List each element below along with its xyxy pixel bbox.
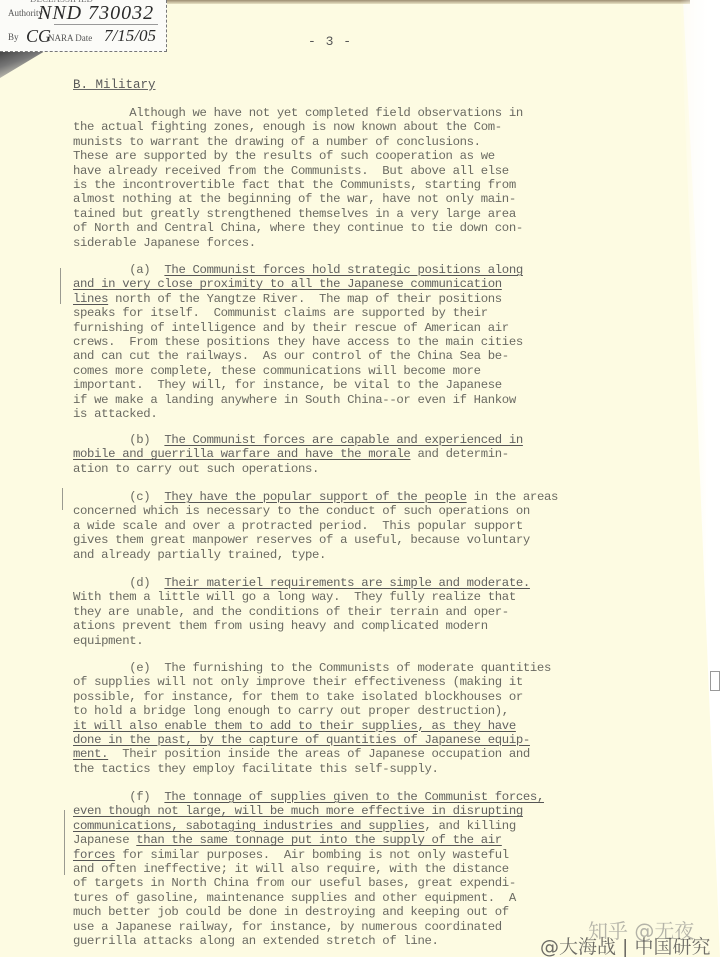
paragraph-text: north of the Yangtze River. The map of t…: [73, 292, 523, 421]
by-label: By: [8, 32, 19, 42]
nara-date-label: NARA Date: [48, 33, 92, 43]
paragraph-text: With them a little will go a long way. T…: [73, 590, 516, 647]
paragraph-c: (c) They have the popular support of the…: [73, 490, 633, 562]
paragraph-e: (e) The furnishing to the Communists of …: [73, 661, 633, 776]
item-marker: (a): [73, 263, 164, 277]
item-marker: (d): [73, 576, 164, 590]
date-value: 7/15/05: [104, 26, 156, 46]
item-marker: (b): [73, 433, 164, 447]
item-marker: (f): [73, 790, 164, 804]
weibo-watermark: @大海战 | 中国研究: [540, 932, 710, 957]
authority-value: NND 730032: [38, 2, 154, 25]
margin-mark: [62, 488, 63, 510]
authority-underline: [54, 24, 158, 25]
paragraph-a: (a) The Communist forces hold strategic …: [73, 263, 633, 421]
paragraph-b: (b) The Communist forces are capable and…: [73, 433, 633, 476]
paragraph-text: Their position inside the areas of Japan…: [73, 747, 530, 775]
paragraph-intro: Although we have not yet completed field…: [73, 106, 633, 250]
edge-artifact: [710, 671, 720, 691]
paragraph-f: (f) The tonnage of supplies given to the…: [73, 790, 633, 948]
margin-mark: [64, 810, 65, 875]
underlined-text: Their materiel requirements are simple a…: [164, 576, 530, 590]
item-marker: (c): [73, 490, 164, 504]
underlined-text: They have the popular support of the peo…: [164, 490, 466, 504]
margin-mark: [60, 268, 61, 304]
paragraph-text: (e) The furnishing to the Communists of …: [73, 661, 551, 718]
section-title: B. Military: [73, 78, 156, 92]
paragraph-text: for similar purposes. Air bombing is not…: [73, 848, 516, 948]
page-top-edge: [150, 0, 690, 4]
page-number: - 3 -: [308, 34, 352, 49]
declassification-stamp: DECLASSIFIED Authority NND 730032 By CG …: [0, 0, 167, 52]
paragraph-d: (d) Their materiel requirements are simp…: [73, 576, 633, 648]
